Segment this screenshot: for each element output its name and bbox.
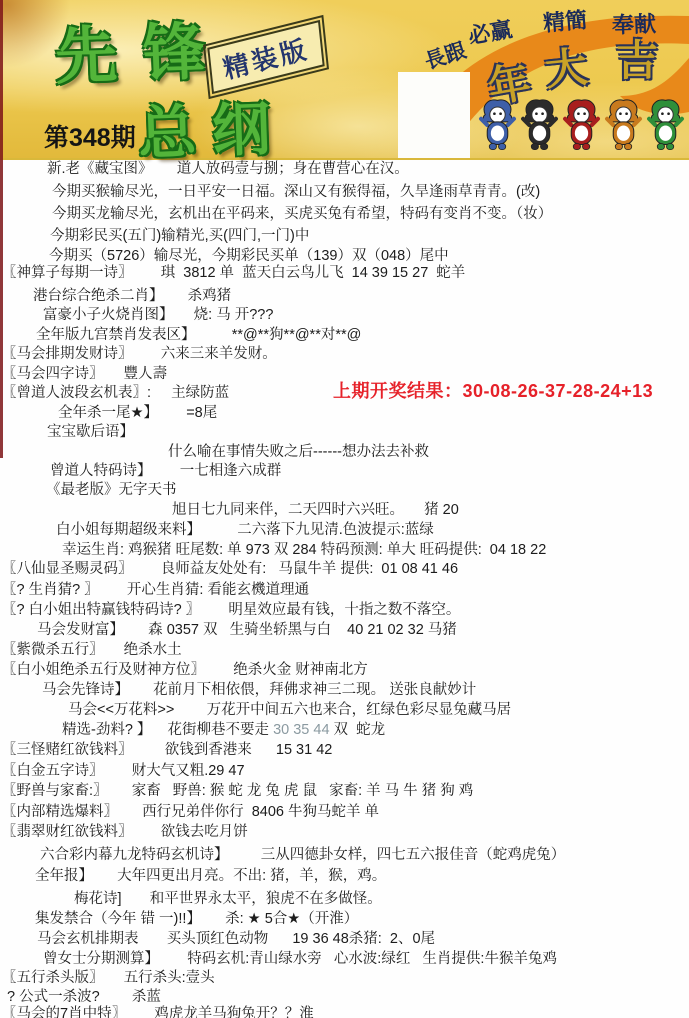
text-segment: 〖马会四字诗〗 豐人壽 — [2, 366, 167, 382]
text-segment: 30 35 44 — [273, 722, 329, 738]
text-segment: 梅花诗] 和平世界永太平，狼虎不在多做怪。 — [74, 891, 382, 907]
mascot-green-icon — [646, 97, 685, 158]
text-line: 〖三怪赌红欲钱料〗 欲钱到香港来 15 31 42 — [2, 741, 332, 759]
text-segment: 〖紫微杀五行〗 绝杀水土 — [2, 642, 182, 658]
text-segment: 旭日七九同来伴，二天四时六兴旺。 猪 20 — [172, 502, 459, 518]
text-line: 全年报】 大年四更出月亮。不出: 猪，羊，猴，鸡。 — [35, 867, 386, 885]
text-line: 曾道人特码诗】 一七相逢六成群 — [50, 462, 281, 480]
previous-draw-result-numbers: 30-08-26-37-28-24+13 — [463, 381, 654, 401]
mascot-orange-icon — [604, 97, 643, 158]
text-line: 〖翡翠财红欲钱料〗 欲钱去吃月饼 — [2, 823, 248, 841]
text-line: 〖马会四字诗〗 豐人壽 — [2, 365, 167, 383]
text-line: 宝宝歇后语】 — [47, 423, 134, 441]
text-segment: 〖马会排期发财诗〗 六来三来羊发财。 — [2, 346, 277, 362]
text-segment: 今期买（5726）输尽光，今期彩民买单（139）双（048）尾中 — [49, 248, 449, 264]
text-line: 〖白小姐绝杀五行及财神方位〗 绝杀火金 财神南北方 — [2, 661, 368, 679]
text-segment: 今期买龙输尽光，玄机出在平码来，买虎买兔有希望，特码有变肖不变。（妆） — [52, 206, 552, 222]
text-segment: 曾道人特码诗】 一七相逢六成群 — [50, 463, 281, 479]
text-line: 今期彩民买(五门)输精光,买(四门,一门)中 — [50, 227, 309, 245]
text-line: 〖野兽与家畜:〗 家畜 野兽: 猴 蛇 龙 兔 虎 鼠 家畜: 羊 马 牛 猪 … — [2, 782, 473, 800]
mascot-row — [478, 100, 689, 158]
text-segment: 〖? 白小姐出特赢钱特码诗? 〗 明星效应最有钱，十指之数不落空。 — [2, 602, 460, 618]
text-line: 〖神算子每期一诗〗 琪 3812 单 蓝天白云鸟儿飞 14 39 15 27 蛇… — [2, 264, 465, 282]
banner-char: 大 — [542, 34, 590, 98]
text-segment: 马会玄机排期表 买头顶红色动物 19 36 48杀猪: 2、0尾 — [37, 931, 435, 947]
text-line: 马会<<万花料>> 万花开中间五六也来合，红绿色彩尽显兔藏马居 — [68, 701, 511, 719]
text-segment: ? 公式一杀波? 杀蓝 — [7, 989, 161, 1005]
text-line: 〖内部精选爆料〗 西行兄弟伴你行 8406 牛狗马蛇羊 单 — [2, 803, 379, 821]
masthead-title-top: 先锋 — [54, 1, 233, 96]
text-segment: 〖八仙显圣赐灵码〗 良师益友处处有: 马鼠牛羊 提供: 01 08 41 46 — [2, 561, 458, 577]
text-segment: 白小姐每期超级来料】 二六落下九见清.色波提示:蓝绿 — [56, 522, 434, 538]
text-line: 白小姐每期超级来料】 二六落下九见清.色波提示:蓝绿 — [56, 521, 434, 539]
text-segment: 〖马会的7肖中特〗 鸡虎龙羊马狗兔开？？淮 — [2, 1006, 314, 1018]
text-line: 〖马会排期发财诗〗 六来三来羊发财。 — [2, 345, 277, 363]
text-line: 〖? 白小姐出特赢钱特码诗? 〗 明星效应最有钱，十指之数不落空。 — [2, 601, 460, 619]
banner-char: 吉 — [616, 28, 658, 88]
text-segment: 港台综合绝杀二肖】 杀鸡猪 — [33, 288, 231, 304]
text-line: 梅花诗] 和平世界永太平，狼虎不在多做怪。 — [74, 890, 382, 908]
text-line: 全年版九宫禁肖发表区】 **@**狗**@**对**@ — [36, 326, 361, 344]
masthead-title-bottom: 总纲 — [137, 81, 288, 170]
text-line: 新.老《藏宝图》 道人放码壹与捌；身在曹营心在汉。 — [47, 160, 409, 178]
text-line: 港台综合绝杀二肖】 杀鸡猪 — [33, 287, 231, 305]
lottery-tip-sheet: 先锋 总纲 精装版 第348期 必赢 精簡 奉献 長跟 年 大 吉 新.老《藏宝… — [0, 0, 689, 1018]
text-segment: 今期买猴输尽光，一日平安一日福。深山又有猴得福，久旱逢雨草青青。(改) — [52, 184, 540, 200]
text-segment: 富豪小子火烧肖图】 烧: 马 开??? — [43, 307, 273, 323]
text-line: 六合彩内幕九龙特码玄机诗】 三从四德卦女样，四七五六报佳音（蛇鸡虎兔） — [40, 846, 565, 864]
text-segment: 马会<<万花料>> 万花开中间五六也来合，红绿色彩尽显兔藏马居 — [68, 702, 511, 718]
text-segment: 《最老版》无字天书 — [46, 482, 177, 498]
text-line: 今期买龙输尽光，玄机出在平码来，买虎买兔有希望，特码有变肖不变。（妆） — [52, 205, 552, 223]
text-line: 全年杀一尾★】 =8尾 — [58, 404, 217, 422]
text-line: 旭日七九同来伴，二天四时六兴旺。 猪 20 — [172, 501, 459, 519]
text-line: 幸运生肖: 鸡猴猪 旺尾数: 单 973 双 284 特码预测: 单大 旺码提供… — [62, 541, 546, 559]
text-line: 精选-劲料? 】 花街柳巷不要走 30 35 44 双 蛇龙 — [62, 721, 385, 739]
text-line: 〖? 生肖猜? 〗 开心生肖猜: 看能玄機道理通 — [2, 581, 309, 599]
text-segment: 集发禁合（今年 错 一)!!】 杀: ★ 5合★（开淮） — [35, 911, 358, 927]
text-segment: 今期彩民买(五门)输精光,买(四门,一门)中 — [50, 228, 309, 244]
text-line: 马会玄机排期表 买头顶红色动物 19 36 48杀猪: 2、0尾 — [37, 930, 435, 948]
text-segment: 六合彩内幕九龙特码玄机诗】 三从四德卦女样，四七五六报佳音（蛇鸡虎兔） — [40, 847, 565, 863]
text-segment: 精选-劲料? 】 花街柳巷不要走 — [62, 722, 273, 738]
mascot-panda-icon — [520, 97, 559, 158]
text-segment: 马会先锋诗】 花前月下相依偎，拜佛求神三二现。 送张良献妙计 — [42, 682, 476, 698]
text-line: 〖五行杀头版〗 五行杀头:壹头 — [2, 969, 215, 987]
issue-number: 第348期 — [44, 118, 136, 154]
text-line: 〖八仙显圣赐灵码〗 良师益友处处有: 马鼠牛羊 提供: 01 08 41 46 — [2, 560, 458, 578]
text-segment: 〖三怪赌红欲钱料〗 欲钱到香港来 15 31 42 — [2, 742, 332, 758]
text-segment: 全年版九宫禁肖发表区】 **@**狗**@**对**@ — [36, 327, 361, 343]
mascot-blue-icon — [478, 97, 517, 158]
text-line: 〖白金五字诗〗 财大气又粗.29 47 — [2, 762, 245, 780]
text-segment: 幸运生肖: 鸡猴猪 旺尾数: 单 973 双 284 特码预测: 单大 旺码提供… — [62, 542, 546, 558]
text-line: 今期买（5726）输尽光，今期彩民买单（139）双（048）尾中 — [49, 247, 449, 265]
text-segment: 双 蛇龙 — [330, 722, 386, 738]
text-line: ? 公式一杀波? 杀蓝 — [7, 988, 161, 1006]
text-segment: 〖神算子每期一诗〗 琪 3812 单 蓝天白云鸟儿飞 14 39 15 27 蛇… — [2, 265, 465, 281]
text-segment: 〖白小姐绝杀五行及财神方位〗 绝杀火金 财神南北方 — [2, 662, 368, 678]
previous-draw-result: 上期开奖结果：30-08-26-37-28-24+13 — [333, 377, 653, 403]
text-segment: 〖五行杀头版〗 五行杀头:壹头 — [2, 970, 215, 986]
text-line: 〖马会的7肖中特〗 鸡虎龙羊马狗兔开？？淮 — [2, 1005, 314, 1018]
text-line: 《最老版》无字天书 — [46, 481, 177, 499]
previous-draw-result-label: 上期开奖结果： — [333, 381, 463, 401]
text-line: 富豪小子火烧肖图】 烧: 马 开??? — [43, 306, 273, 324]
text-segment: 〖野兽与家畜:〗 家畜 野兽: 猴 蛇 龙 兔 虎 鼠 家畜: 羊 马 牛 猪 … — [2, 783, 473, 799]
text-line: 〖曾道人波段玄机表〗: 主绿防蓝 — [2, 384, 229, 402]
text-line: 集发禁合（今年 错 一)!!】 杀: ★ 5合★（开淮） — [35, 910, 358, 928]
mascot-red-flame-icon — [562, 97, 601, 158]
text-segment: 〖? 生肖猜? 〗 开心生肖猜: 看能玄機道理通 — [2, 582, 309, 598]
text-segment: 全年报】 大年四更出月亮。不出: 猪，羊，猴，鸡。 — [35, 868, 386, 884]
text-segment: 曾女士分期测算】 特码玄机:青山绿水旁 心水波:绿红 生肖提供:牛猴羊兔鸡 — [43, 951, 557, 967]
text-segment: 全年杀一尾★】 =8尾 — [58, 405, 217, 421]
text-line: 马会先锋诗】 花前月下相依偎，拜佛求神三二现。 送张良献妙计 — [42, 681, 476, 699]
text-segment: 〖内部精选爆料〗 西行兄弟伴你行 8406 牛狗马蛇羊 单 — [2, 804, 379, 820]
text-segment: 宝宝歇后语】 — [47, 424, 134, 440]
text-line: 马会发财富】 森 0357 双 生骑坐轿黑与白 40 21 02 32 马猪 — [37, 621, 457, 639]
text-line: 什么喻在事情失败之后------想办法去补救 — [168, 443, 429, 461]
text-segment: 新.老《藏宝图》 道人放码壹与捌；身在曹营心在汉。 — [47, 161, 409, 177]
text-segment: 什么喻在事情失败之后------想办法去补救 — [168, 444, 429, 460]
text-line: 今期买猴输尽光，一日平安一日福。深山又有猴得福，久旱逢雨草青青。(改) — [52, 183, 540, 201]
text-segment: 〖白金五字诗〗 财大气又粗.29 47 — [2, 763, 245, 779]
scan-white-patch — [398, 72, 470, 158]
text-segment: 〖翡翠财红欲钱料〗 欲钱去吃月饼 — [2, 824, 248, 840]
text-line: 〖紫微杀五行〗 绝杀水土 — [2, 641, 182, 659]
slogan-word: 精簡 — [542, 3, 589, 38]
text-segment: 马会发财富】 森 0357 双 生骑坐轿黑与白 40 21 02 32 马猪 — [37, 622, 457, 638]
header-banner: 先锋 总纲 精装版 第348期 必赢 精簡 奉献 長跟 年 大 吉 — [0, 0, 689, 160]
text-line: 曾女士分期测算】 特码玄机:青山绿水旁 心水波:绿红 生肖提供:牛猴羊兔鸡 — [43, 950, 557, 968]
text-segment: 〖曾道人波段玄机表〗: 主绿防蓝 — [2, 385, 229, 401]
